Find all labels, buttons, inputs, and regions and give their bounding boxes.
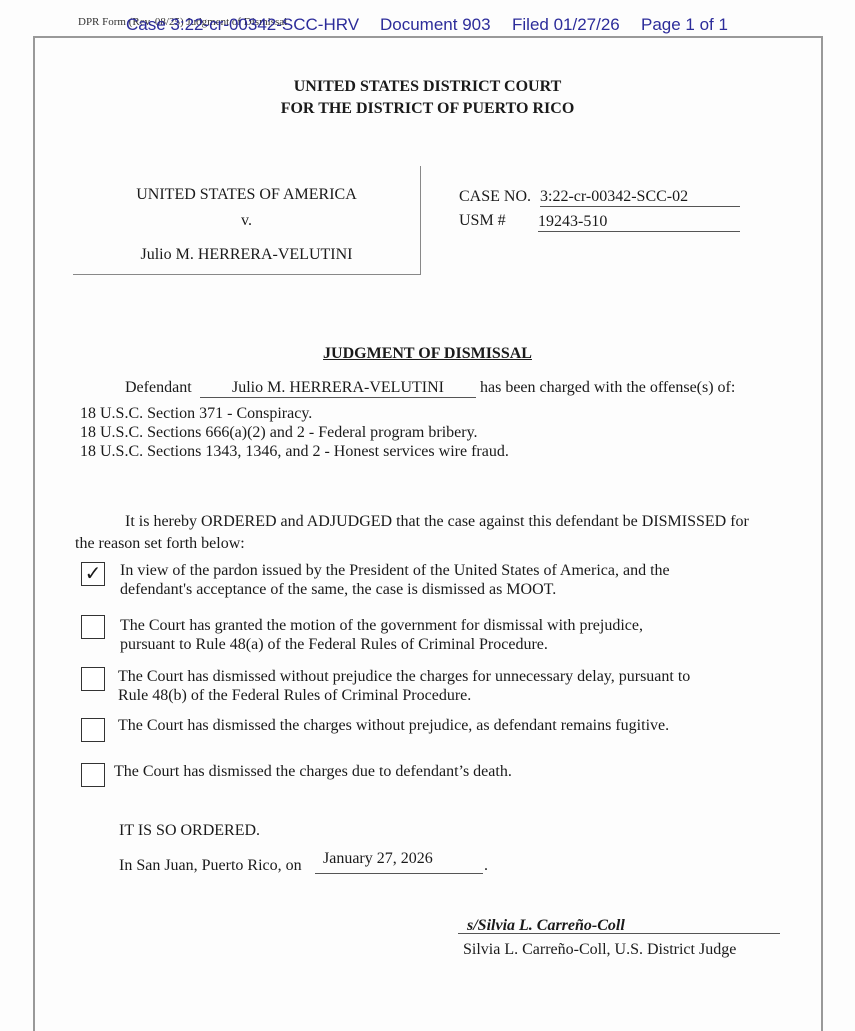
offense-1: 18 U.S.C. Section 371 - Conspiracy. xyxy=(80,405,312,423)
option-line: The Court has dismissed the charges with… xyxy=(118,716,669,735)
filed-date: Filed 01/27/26 xyxy=(512,15,620,35)
judge-name-title: Silvia L. Carreño-Coll, U.S. District Ju… xyxy=(463,941,736,959)
option-death-text: The Court has dismissed the charges due … xyxy=(114,762,512,781)
court-district: FOR THE DISTRICT OF PUERTO RICO xyxy=(0,100,855,118)
order-text-2: the reason set forth below: xyxy=(75,535,245,553)
option-line: defendant's acceptance of the same, the … xyxy=(120,580,670,599)
case-no-value: 3:22-cr-00342-SCC-02 xyxy=(540,188,740,207)
offense-2: 18 U.S.C. Sections 666(a)(2) and 2 - Fed… xyxy=(80,424,478,442)
case-stamp: Case 3:22-cr-00342-SCC-HRV xyxy=(126,15,359,35)
checkbox-rule-48b[interactable] xyxy=(81,667,105,691)
date-period: . xyxy=(484,857,488,875)
document-number: Document 903 xyxy=(380,15,491,35)
option-rule-48b-text: The Court has dismissed without prejudic… xyxy=(118,667,690,705)
option-line: Rule 48(b) of the Federal Rules of Crimi… xyxy=(118,686,690,705)
defendant-name: Julio M. HERRERA-VELUTINI xyxy=(200,379,476,398)
usm-value: 19243-510 xyxy=(538,213,740,232)
defendant-label: Defendant xyxy=(125,379,192,397)
option-line: The Court has dismissed the charges due … xyxy=(114,762,512,781)
so-ordered: IT IS SO ORDERED. xyxy=(119,822,260,840)
option-pardon-text: In view of the pardon issued by the Pres… xyxy=(120,561,670,599)
plaintiff: UNITED STATES OF AMERICA xyxy=(73,186,420,204)
offense-3: 18 U.S.C. Sections 1343, 1346, and 2 - H… xyxy=(80,443,509,461)
versus: v. xyxy=(73,212,420,230)
option-line: pursuant to Rule 48(a) of the Federal Ru… xyxy=(120,635,643,654)
page-indicator: Page 1 of 1 xyxy=(641,15,728,35)
court-name: UNITED STATES DISTRICT COURT xyxy=(0,78,855,96)
option-fugitive-text: The Court has dismissed the charges with… xyxy=(118,716,669,735)
charges-intro: has been charged with the offense(s) of: xyxy=(480,379,735,397)
option-rule-48a-text: The Court has granted the motion of the … xyxy=(120,616,643,654)
order-date: January 27, 2026 xyxy=(315,850,483,874)
checkbox-fugitive[interactable] xyxy=(81,718,105,742)
checkbox-death[interactable] xyxy=(81,763,105,787)
option-line: The Court has dismissed without prejudic… xyxy=(118,667,690,686)
place-label: In San Juan, Puerto Rico, on xyxy=(119,857,302,875)
case-no-label: CASE NO. xyxy=(459,188,531,206)
order-text-1: It is hereby ORDERED and ADJUDGED that t… xyxy=(125,513,749,531)
case-caption: UNITED STATES OF AMERICA v. Julio M. HER… xyxy=(73,166,421,275)
option-line: In view of the pardon issued by the Pres… xyxy=(120,561,670,580)
checkbox-pardon[interactable]: ✓ xyxy=(81,562,105,586)
option-line: The Court has granted the motion of the … xyxy=(120,616,643,635)
document-title: JUDGMENT OF DISMISSAL xyxy=(0,345,855,363)
checkbox-rule-48a[interactable] xyxy=(81,615,105,639)
signature-line xyxy=(458,933,780,934)
defendant-caption: Julio M. HERRERA-VELUTINI xyxy=(73,246,420,264)
usm-label: USM # xyxy=(459,212,506,230)
